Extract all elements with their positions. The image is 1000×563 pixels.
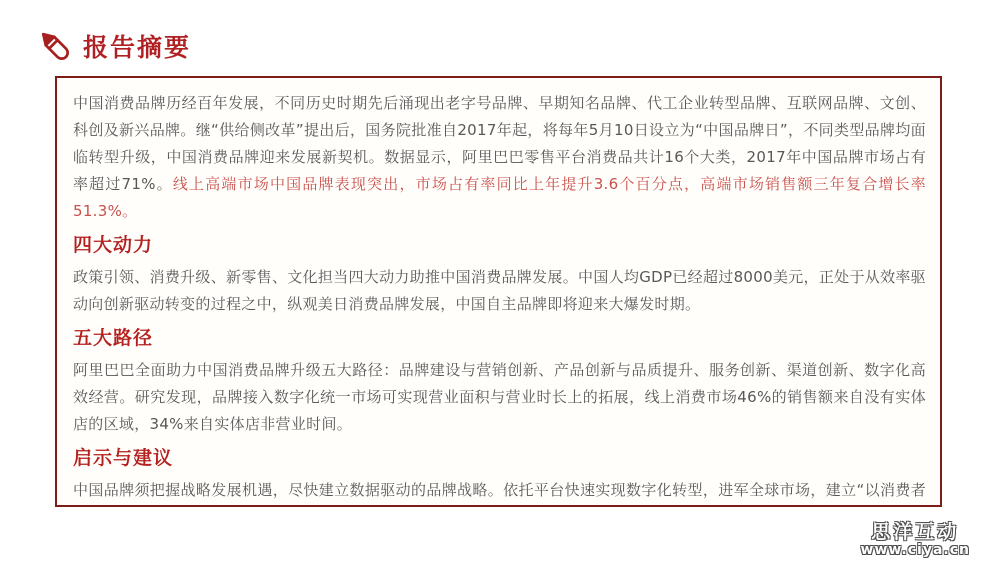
report-summary-page: 报告摘要 中国消费品牌历经百年发展，不同历史时期先后涌现出老字号品牌、早期知名品…: [0, 0, 1000, 563]
section-heading: 启示与建议: [73, 447, 926, 470]
section-four-drivers: 四大动力 政策引领、消费升级、新零售、文化担当四大动力助推中国消费品牌发展。中国…: [73, 234, 926, 318]
watermark: 思洋互动 www.ciya.cn: [861, 522, 970, 558]
section-body: 中国品牌须把握战略发展机遇，尽快建立数据驱动的品牌战略。依托平台快速实现数字化转…: [73, 477, 926, 507]
section-heading: 四大动力: [73, 234, 926, 257]
section-body: 阿里巴巴全面助力中国消费品牌升级五大路径：品牌建设与营销创新、产品创新与品质提升…: [73, 357, 926, 438]
section-insights-suggestions: 启示与建议 中国品牌须把握战略发展机遇，尽快建立数据驱动的品牌战略。依托平台快速…: [73, 447, 926, 507]
watermark-brand: 思洋互动: [861, 522, 970, 543]
watermark-url: www.ciya.cn: [861, 543, 970, 558]
section-five-paths: 五大路径 阿里巴巴全面助力中国消费品牌升级五大路径：品牌建设与营销创新、产品创新…: [73, 327, 926, 438]
summary-box: 中国消费品牌历经百年发展，不同历史时期先后涌现出老字号品牌、早期知名品牌、代工企…: [55, 76, 942, 507]
pen-icon: [36, 27, 74, 65]
page-title: 报告摘要: [83, 28, 191, 64]
section-body: 政策引领、消费升级、新零售、文化担当四大动力助推中国消费品牌发展。中国人均GDP…: [73, 264, 926, 318]
section-heading: 五大路径: [73, 327, 926, 350]
intro-paragraph: 中国消费品牌历经百年发展，不同历史时期先后涌现出老字号品牌、早期知名品牌、代工企…: [73, 90, 926, 225]
intro-highlight-text: 线上高端市场中国品牌表现突出，市场占有率同比上年提升3.6个百分点，高端市场销售…: [73, 175, 926, 220]
page-header: 报告摘要: [36, 27, 191, 65]
